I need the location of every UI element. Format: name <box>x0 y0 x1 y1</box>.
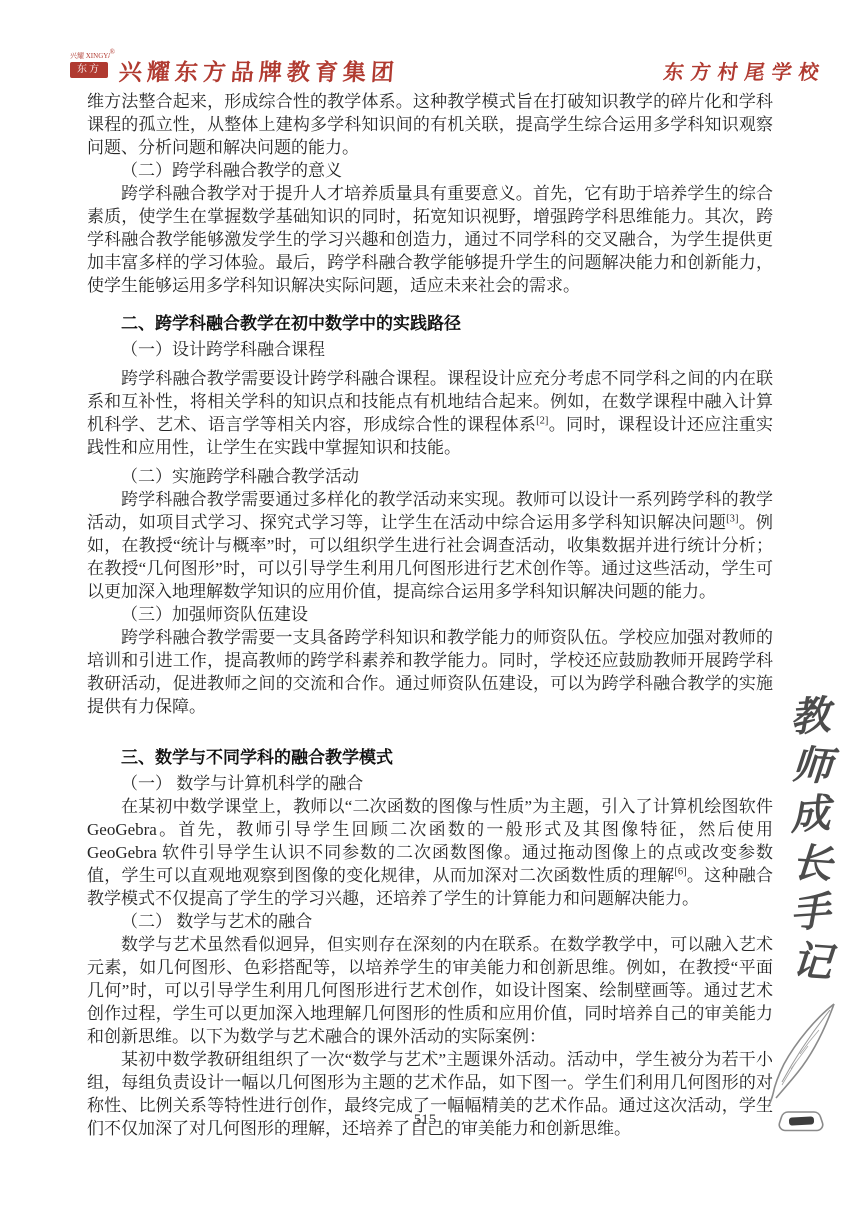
subsection-heading: （二） 数学与艺术的融合 <box>87 910 773 933</box>
citation-reference: [2] <box>536 415 548 426</box>
citation-reference: [3] <box>726 513 738 524</box>
registered-mark: ® <box>110 48 115 56</box>
page-header: 兴耀 XINGYAO 东方 ® 兴耀东方品牌教育集团 东方村尾学校 <box>70 46 832 94</box>
seal-text-top: 兴耀 XINGYAO <box>70 52 110 61</box>
paragraph: 数学与艺术虽然看似迥异，但实则存在深刻的内在联系。在数学教学中，可以融入艺术元素… <box>87 933 773 1048</box>
brand-seal-logo: 兴耀 XINGYAO 东方 ® <box>70 52 110 88</box>
paragraph: 跨学科融合教学需要设计跨学科融合课程。课程设计应充分考虑不同学科之间的内在联系和… <box>87 367 773 459</box>
calligraphy-char: 手 <box>776 886 843 939</box>
calligraphy-char: 教 <box>776 690 843 743</box>
subsection-heading: （一） 数学与计算机科学的融合 <box>87 772 773 795</box>
section-heading: 二、跨学科融合教学在初中数学中的实践路径 <box>87 312 773 335</box>
school-name: 东方村尾学校 <box>662 56 828 85</box>
paragraph: 跨学科融合教学需要通过多样化的教学活动来实现。教师可以设计一系列跨学科的教学活动… <box>87 488 773 603</box>
citation-reference: [6] <box>674 866 686 877</box>
calligraphy-char: 长 <box>778 837 845 890</box>
calligraphy-char: 记 <box>778 935 845 988</box>
document-body: 维方法整合起来，形成综合性的教学体系。这种教学模式旨在打破知识教学的碎片化和学科… <box>87 90 773 1140</box>
seal-text-bottom: 东方 <box>70 62 108 78</box>
subsection-heading: （三）加强师资队伍建设 <box>87 603 773 626</box>
subsection-heading: （二）实施跨学科融合教学活动 <box>87 465 773 488</box>
paragraph: 跨学科融合教学需要一支具备跨学科知识和教学能力的师资队伍。学校应加强对教师的培训… <box>87 626 773 718</box>
calligraphy-char: 成 <box>776 788 843 841</box>
calligraphy-motto: 教师成长手记 <box>778 692 842 986</box>
subsection-heading: （一）设计跨学科融合课程 <box>87 338 773 361</box>
brand-title: 兴耀东方品牌教育集团 <box>118 54 400 87</box>
section-heading: 三、数学与不同学科的融合教学模式 <box>87 746 773 769</box>
subsection-heading: （二）跨学科融合教学的意义 <box>87 159 773 182</box>
page-number: 515 <box>414 1112 437 1128</box>
paragraph: 维方法整合起来，形成综合性的教学体系。这种教学模式旨在打破知识教学的碎片化和学科… <box>87 90 773 159</box>
page-footer: 515 <box>0 1112 850 1129</box>
calligraphy-char: 师 <box>778 739 845 792</box>
brand-group: 兴耀 XINGYAO 东方 ® 兴耀东方品牌教育集团 <box>70 52 399 88</box>
vertical-spacer <box>87 718 773 731</box>
paragraph: 在某初中数学课堂上，教师以“二次函数的图像与性质”为主题，引入了计算机绘图软件 … <box>87 795 773 910</box>
paragraph: 跨学科融合教学对于提升人才培养质量具有重要意义。首先，它有助于培养学生的综合素质… <box>87 182 773 297</box>
quill-and-ink-icon <box>756 1000 844 1138</box>
